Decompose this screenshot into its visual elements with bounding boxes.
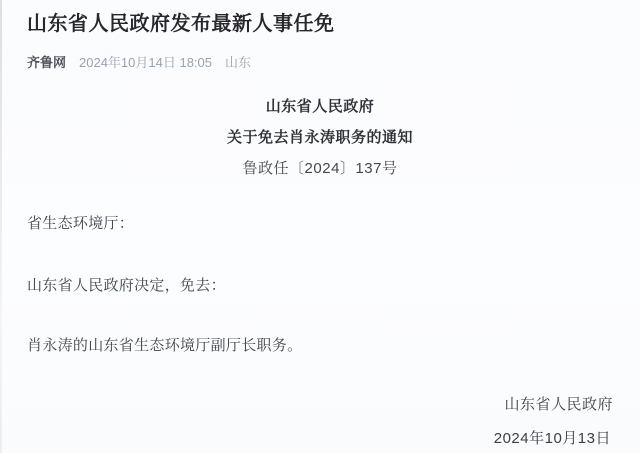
- document-subject-heading: 关于免去肖永涛职务的通知: [0, 127, 640, 149]
- publish-datetime: 2024年10月14日 18:05: [79, 54, 212, 72]
- document-sign-date: 2024年10月13日: [494, 428, 611, 450]
- article-page: 山东省人民政府发布最新人事任免 齐鲁网 2024年10月14日 18:05 山东…: [0, 0, 640, 453]
- article-meta: 齐鲁网 2024年10月14日 18:05 山东: [27, 54, 251, 72]
- document-removal-line: 肖永涛的山东省生态环境厅副厅长职务。: [27, 335, 302, 357]
- left-edge-artifact: [0, 0, 2, 453]
- document-issuer-heading: 山东省人民政府: [0, 96, 640, 118]
- source-name: 齐鲁网: [27, 54, 66, 72]
- document-number: 鲁政任〔2024〕137号: [0, 158, 640, 180]
- document-salutation: 省生态环境厅：: [27, 213, 134, 235]
- article-title: 山东省人民政府发布最新人事任免: [27, 9, 335, 39]
- document-signature: 山东省人民政府: [504, 394, 613, 416]
- publish-location: 山东: [225, 54, 251, 72]
- document-decision-line: 山东省人民政府决定，免去：: [27, 275, 226, 297]
